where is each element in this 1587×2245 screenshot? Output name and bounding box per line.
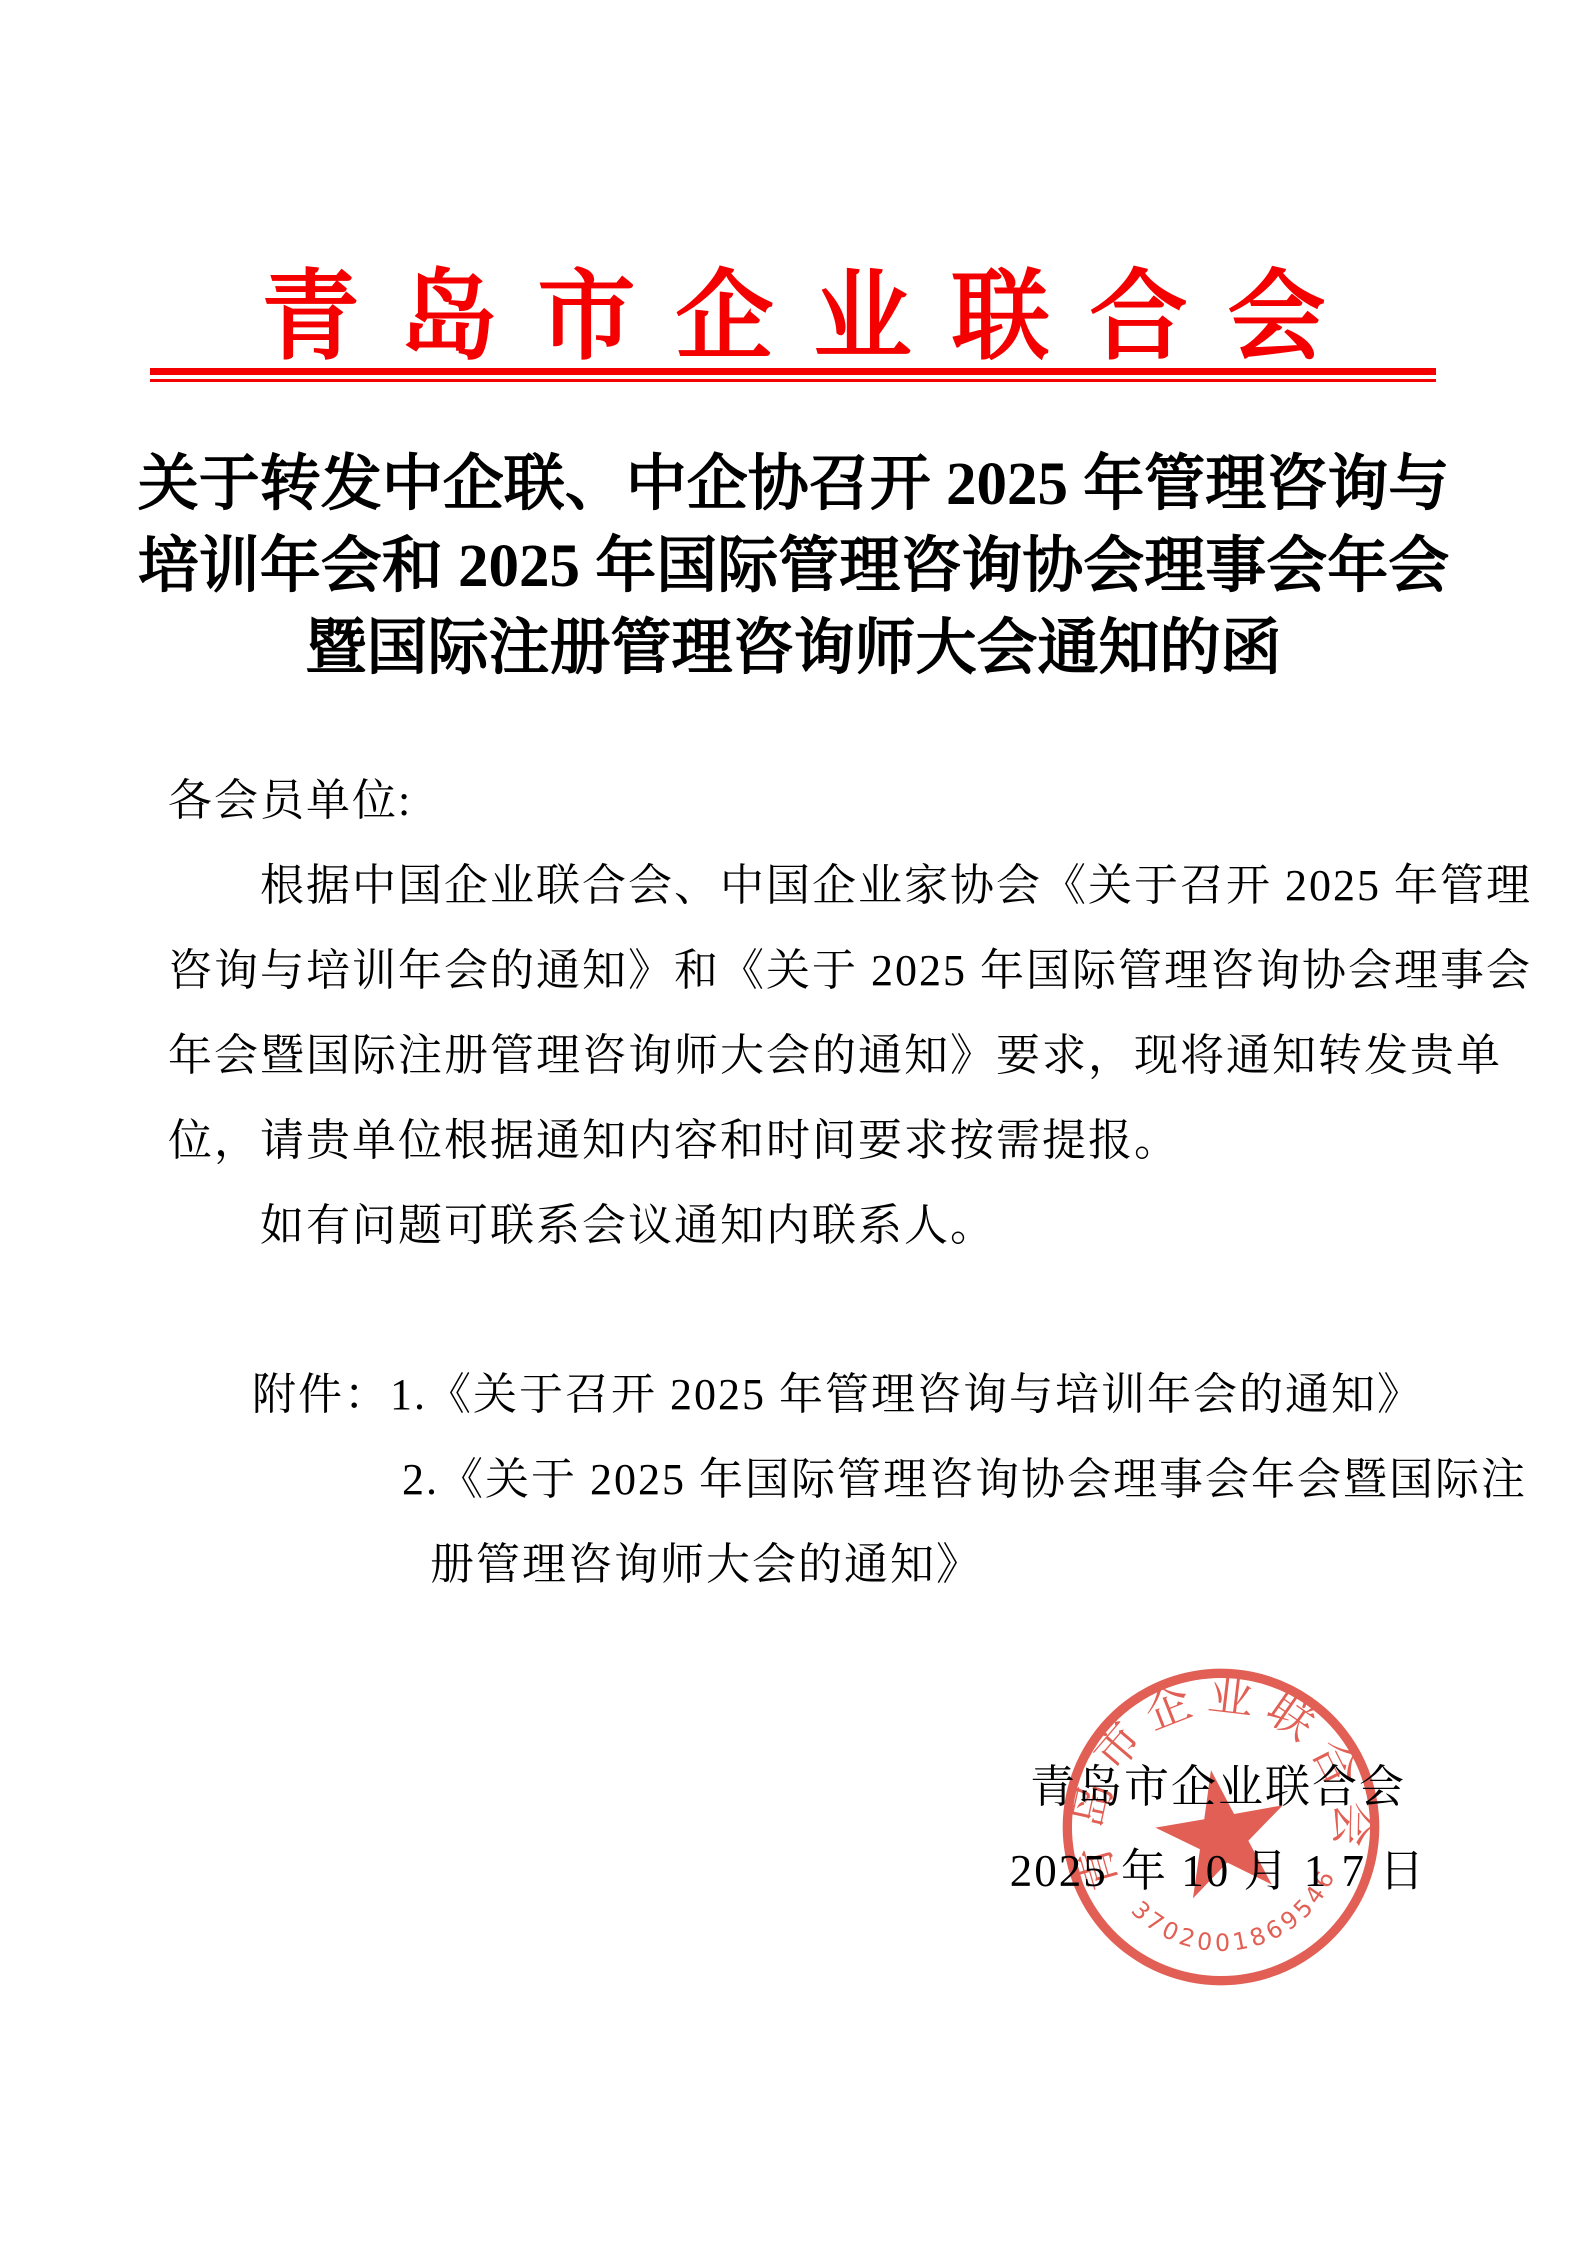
divider-thin-line bbox=[150, 379, 1436, 382]
document-title-line-3: 暨国际注册管理咨询师大会通知的函 bbox=[0, 608, 1587, 690]
salutation: 各会员单位: bbox=[168, 758, 1478, 843]
attachments-section: 附件：1.《关于召开 2025 年管理咨询与培训年会的通知》 2.《关于 202… bbox=[252, 1352, 1492, 1607]
divider-thick-line bbox=[150, 368, 1436, 375]
body-line: 如有问题可联系会议通知内联系人。 bbox=[168, 1183, 1478, 1268]
attachment-item-2-line-2: 册管理咨询师大会的通知》 bbox=[252, 1522, 1492, 1607]
attachment-item-2-line-1: 2.《关于 2025 年国际管理咨询协会理事会年会暨国际注 bbox=[252, 1437, 1492, 1522]
document-page: 青岛市企业联合会 关于转发中企联、中企协召开 2025 年管理咨询与 培训年会和… bbox=[0, 0, 1587, 2245]
attachment-item-1: 附件：1.《关于召开 2025 年管理咨询与培训年会的通知》 bbox=[252, 1352, 1492, 1437]
document-title: 关于转发中企联、中企协召开 2025 年管理咨询与 培训年会和 2025 年国际… bbox=[0, 444, 1587, 690]
signature-block: 青岛市企业联合会 2025 年 10 月 1 7 日 bbox=[1000, 1745, 1436, 1913]
body-text: 各会员单位: 根据中国企业联合会、中国企业家协会《关于召开 2025 年管理 咨… bbox=[168, 758, 1478, 1268]
attachment-1-text: 1.《关于召开 2025 年管理咨询与培训年会的通知》 bbox=[390, 1370, 1423, 1419]
signature-date: 2025 年 10 月 1 7 日 bbox=[1000, 1829, 1436, 1913]
body-line: 位，请贵单位根据通知内容和时间要求按需提报。 bbox=[168, 1098, 1478, 1183]
attachments-label: 附件： bbox=[252, 1370, 390, 1419]
body-line: 年会暨国际注册管理咨询师大会的通知》要求，现将通知转发贵单 bbox=[168, 1013, 1478, 1098]
letterhead-divider bbox=[150, 368, 1436, 382]
signature-org: 青岛市企业联合会 bbox=[1000, 1745, 1436, 1829]
document-title-line-1: 关于转发中企联、中企协召开 2025 年管理咨询与 bbox=[0, 444, 1587, 526]
document-title-line-2: 培训年会和 2025 年国际管理咨询协会理事会年会 bbox=[0, 526, 1587, 608]
body-line: 根据中国企业联合会、中国企业家协会《关于召开 2025 年管理 bbox=[168, 843, 1478, 928]
letterhead-org-name: 青岛市企业联合会 bbox=[0, 238, 1587, 379]
body-line: 咨询与培训年会的通知》和《关于 2025 年国际管理咨询协会理事会 bbox=[168, 928, 1478, 1013]
